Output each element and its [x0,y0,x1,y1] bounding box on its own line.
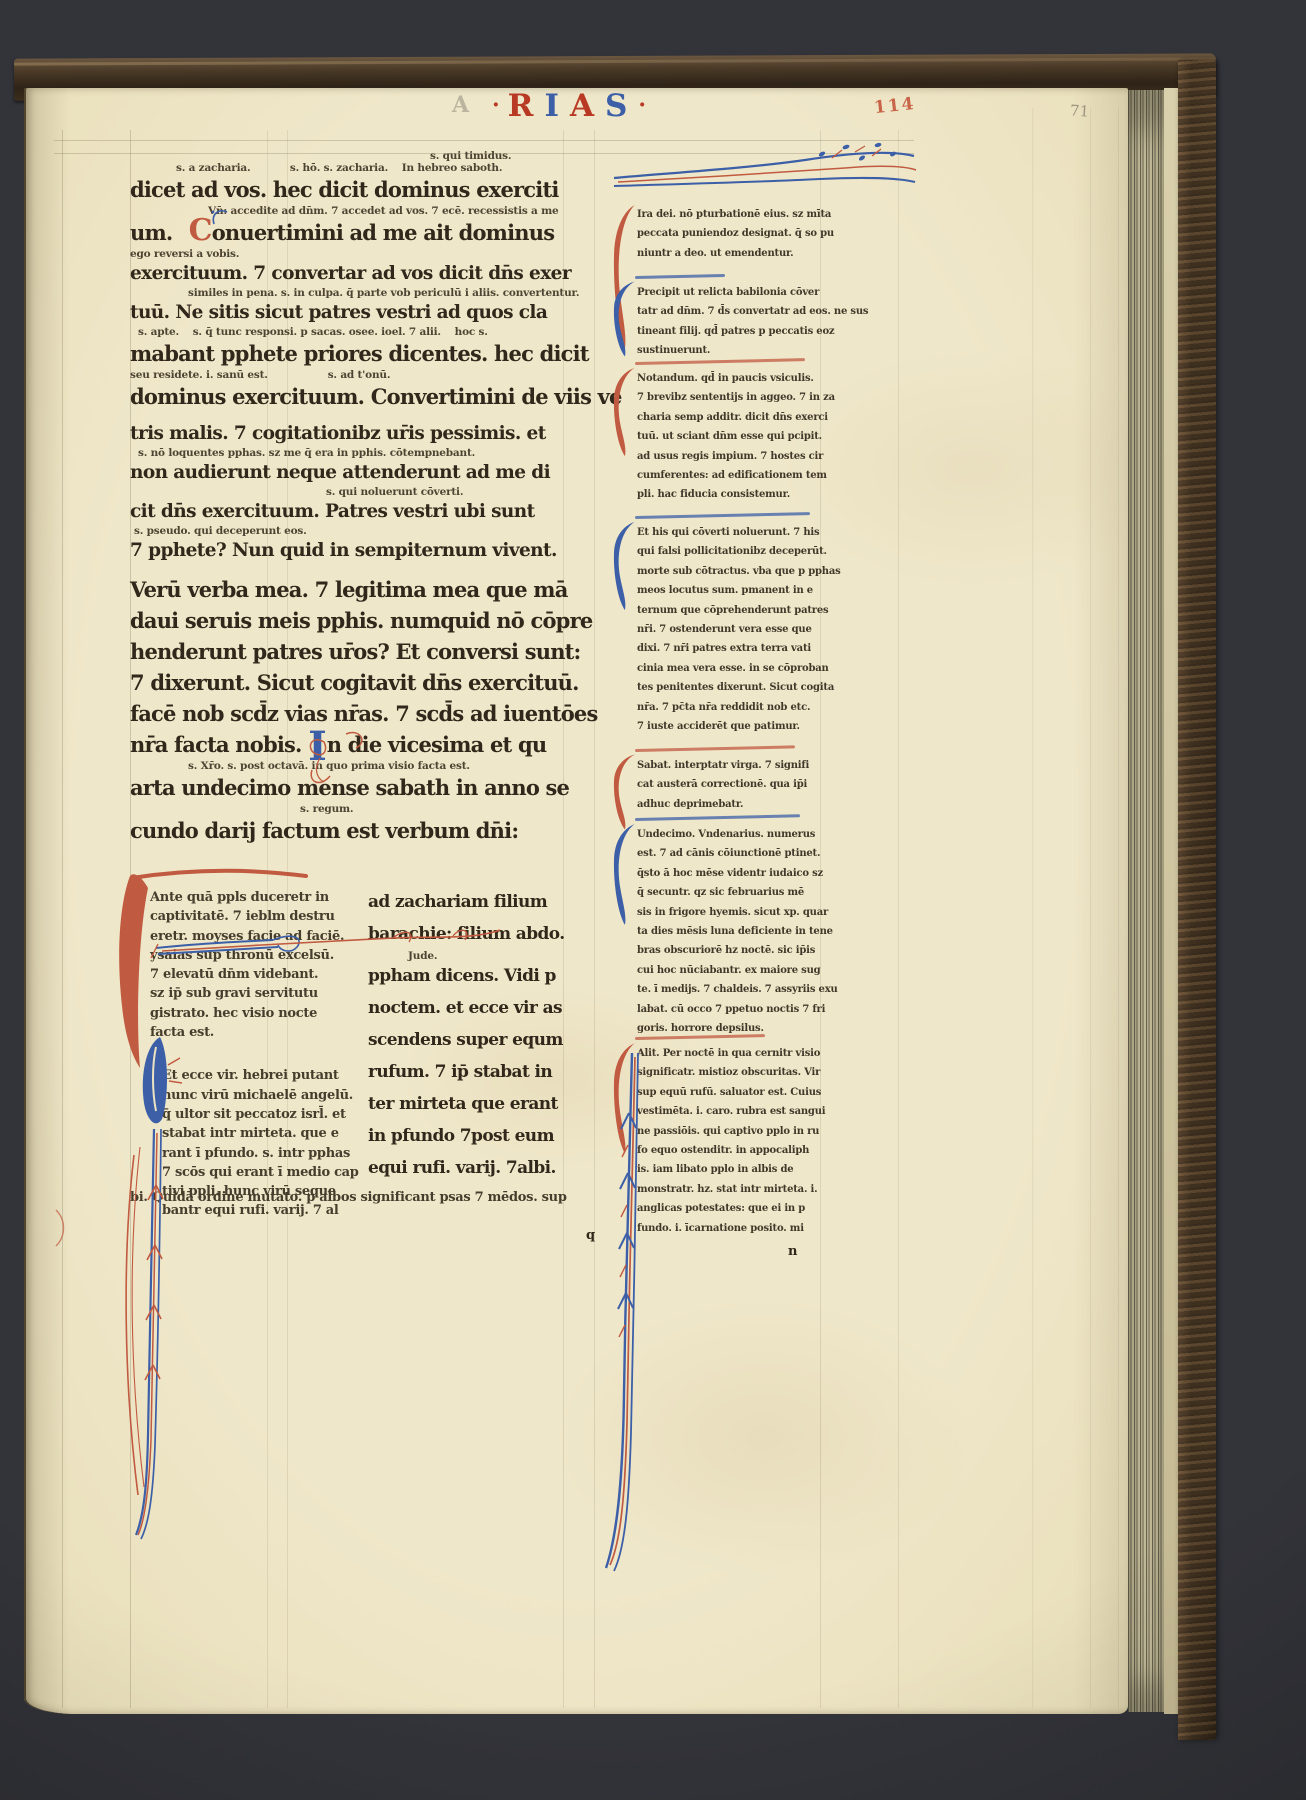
paraph-overline [635,512,810,518]
book-cover-right-edge [1178,60,1216,1740]
page-edge-stack [1128,90,1164,1712]
margin-pen-mark-icon [52,1208,70,1248]
text-line: significatr. mistioz obscuritas. Vir [637,1063,837,1082]
text-line: mabant pphete priores dicentes. hec dici… [130,338,578,369]
decorated-initial-c: C [189,213,212,248]
gloss-block: Sabat. interptatr virga. 7 significat au… [637,756,837,814]
text-line: cinia mea vera esse. in se cōproban [637,659,837,678]
text-line: noctem. et ecce vir as [368,992,574,1024]
text-line: Undecimo. Vndenarius. numerus [637,825,837,844]
text-line: non audierunt neque attenderunt ad me di [130,459,578,486]
running-title: ·RIAS· [492,88,654,124]
text-line: tes penitentes dixerunt. Sicut cogita [637,678,837,697]
text-line: 7 iuste acciderēt que patimur. [637,717,837,736]
text-line: monstratr. hz. stat intr mirteta. i. [637,1180,837,1199]
ruling-line [594,130,595,1708]
manuscript-page: ·RIAS· A 114 71 s. qui timidus.s. a zach… [24,88,1128,1714]
text-line: Alit. Per noctē in qua cernitr visio [637,1044,837,1063]
gloss-block: Alit. Per noctē in qua cernitr visiosign… [637,1044,837,1238]
running-title-letter: · [492,92,500,118]
text-line: Notandum. qd̄ in paucis vsiculis. [637,369,837,388]
text-line: sup equū rufū. saluator est. Cuius [637,1083,837,1102]
quire-siglum-right: n [788,1244,797,1259]
running-title-letter: R [508,88,534,124]
text-line: charia semp additr. dicit dn̄s exerci [637,408,837,427]
text-line: cat austerā correctionē. qua ip̄i [637,775,837,794]
text-line: fo equo ostenditr. in appocaliph [637,1141,837,1160]
text-line: cundo darij factum est verbum dn̄i: [130,815,578,846]
text-line: est. 7 ad cānis cōiunctionē ptinet. [637,844,837,863]
text-line: Vn̄: accedite ad dn̄m. 7 accedet ad vos.… [208,205,578,217]
text-line: dicet ad vos. hec dicit dominus exerciti [130,174,578,205]
text-line: dominus exercituum. Convertimini de viis… [130,381,578,412]
text-line: equi rufi. varij. 7albi. [368,1152,574,1184]
page-crease [1118,108,1120,1708]
text-line: nr̄a. 7 pc̄ta nr̄a reddidit nob etc. [637,698,837,717]
text-line: meos locutus sum. pmanent in e [637,581,837,600]
text-line: Sabat. interptatr virga. 7 signifi [637,756,837,775]
text-line: ego reversi a vobis. [130,248,578,260]
text-line: scendens super equm [368,1024,574,1056]
folio-number-red: 114 [873,94,916,118]
paraph-mark-icon [613,280,639,358]
running-title-letter: I [544,88,559,124]
page-edge-strip [1164,88,1178,1714]
text-line: rufum. 7 ip̄ stabat in [368,1056,574,1088]
text-line: Precipit ut relicta babilonia cōver [637,283,837,302]
text-line: cui hoc nūciabantr. ex maiore sug [637,961,837,980]
ruling-line [62,130,63,1708]
text-line: cit dn̄s exercituum. Patres vestri ubi s… [130,498,578,525]
text-line: labat. cū occo 7 ppetuo noctis 7 fri [637,1000,837,1019]
text-line: qui falsi pollicitationibz deceperūt. [637,542,837,561]
running-title-sketch: A [452,92,469,118]
text-line: bras obscuriorē hz noctē. sic ip̄is [637,941,837,960]
folio-number-pencil: 71 [1069,101,1089,120]
text-line: ternum que cōprehenderunt patres [637,601,837,620]
text-line: sustinuerunt. [637,341,837,360]
text-line: s. regum. [300,803,578,815]
text-line: exercituum. 7 convertar ad vos dicit dn̄… [130,260,578,287]
text-line: tatr ad dn̄m. 7 d̄s convertatr ad eos. n… [637,302,837,321]
text-line: s. a zacharia. s. hō. s. zacharia. In he… [176,162,578,174]
paraph-overline [635,814,800,820]
gloss-block: Et his qui cōverti noluerunt. 7 hisqui f… [637,523,837,736]
left-cadel-descender-icon [116,1035,196,1545]
text-line: 7 brevibz sententijs in aggeo. 7 in za [637,388,837,407]
running-title-letter: A [570,88,594,124]
text-line: tuū. ut sciant dn̄m esse qui pcipit. [637,427,837,446]
text-line: um. Conuertimini ad me ait dominus [130,217,578,248]
photograph-background: ·RIAS· A 114 71 s. qui timidus.s. a zach… [0,0,1306,1800]
initial-c-filigree-icon [210,206,232,228]
text-line: adhuc deprimebatr. [637,795,837,814]
facta-est-flourish-icon [148,920,508,965]
paraph-overline [635,274,725,279]
text-line: ta dies mēsis luna deficiente in tene [637,922,837,941]
text-line: ad usus regis impium. 7 hostes cir [637,447,837,466]
paraph-mark-icon [613,822,639,927]
text-line: s. nō loquentes pphas. sz me q̄ era in p… [138,447,578,459]
gloss-block: Ira dei. nō pturbationē eius. sz mītapec… [637,205,837,263]
gloss-block: Precipit ut relicta babilonia cōvertatr … [637,283,837,361]
text-line: fundo. i. īcarnatione posito. mi [637,1219,837,1238]
text-line: peccata puniendoz designat. q̄ so pu [637,224,837,243]
text-line: 7 dixerunt. Sicut cogitavit dn̄s exercit… [130,667,578,698]
text-line: Et his qui cōverti noluerunt. 7 his [637,523,837,542]
text-line: henderunt patres ur̄os? Et conversi sunt… [130,636,578,667]
text-line: ad zachariam filium [368,886,574,918]
text-line: in pfundo 7post eum [368,1120,574,1152]
text-line: sis in frigore hyemis. sicut xp. quar [637,903,837,922]
text-line: morte sub cōtractus. vba que p pphas [637,562,837,581]
text-line: similes in pena. s. in culpa. q̄ parte v… [188,287,578,299]
running-title-letter: S [605,88,627,124]
text-line: dixi. 7 nr̄i patres extra terra vati [637,639,837,658]
paraph-mark-icon [613,520,639,612]
text-line: q̄sto ā hoc mēse videntr iudaico sz [637,864,837,883]
text-line: is. iam libato pplo in albis de [637,1160,837,1179]
page-crease [1032,108,1034,1708]
text-line: ne passiōis. qui captivo pplo in ru [637,1122,837,1141]
text-line: q̄ secuntr. qz sic februarius mē [637,883,837,902]
text-line: seu residete. i. sanū est. s. ad t'onū. [130,369,578,381]
center-cadel-descender-icon [598,1053,642,1573]
text-line: s. apte. s. q̄ tunc responsi. p sacas. o… [138,326,578,338]
quire-siglum-left: q [586,1228,595,1243]
text-line: s. pseudo. qui deceperunt eos. [134,525,578,537]
ruling-line [898,130,899,1708]
running-title-letter: · [638,92,646,118]
text-line: ter mirteta que erant [368,1088,574,1120]
text-line: anglicas potestates: que ei in p [637,1199,837,1218]
page-crease [1090,108,1092,1708]
gloss-block: Undecimo. Vndenarius. numerusest. 7 ad c… [637,825,837,1038]
gloss-block: Notandum. qd̄ in paucis vsiculis.7 brevi… [637,369,837,505]
text-line: s. Xr̄o. s. post octavā. in quo prima vi… [188,760,578,772]
paraph-mark-icon [613,366,639,458]
text-line: 7 pphete? Nun quid in sempiternum vivent… [130,537,578,564]
text-line: vestimēta. i. caro. rubra est sangui [637,1102,837,1121]
paraph-overline [635,745,795,751]
initial-i-filigree-icon [300,724,370,790]
text-line: s. qui noluerunt cōverti. [326,486,578,498]
text-line: daui seruis meis pphis. numquid nō cōpre [130,605,578,636]
text-line: tris malis. 7 cogitationibz ur̄is pessim… [130,420,578,447]
text-line: Verū verba mea. 7 legitima mea que mā [130,574,578,605]
text-line: tineant filij. qd̄ patres p peccatis eoz [637,322,837,341]
text-line: pli. hac fiducia consistemur. [637,485,837,504]
text-line: cumferentes: ad edificationem tem [637,466,837,485]
text-line: nr̄i. 7 ostenderunt vera esse que [637,620,837,639]
text-line: tuū. Ne sitis sicut patres vestri ad quo… [130,299,578,326]
text-line: s. qui timidus. [430,150,578,162]
feather-flourish-icon [610,138,920,208]
text-line: niuntr a deo. ut emendentur. [637,244,837,263]
text-line: te. ī medijs. 7 chaldeis. 7 assyriis exu [637,980,837,999]
